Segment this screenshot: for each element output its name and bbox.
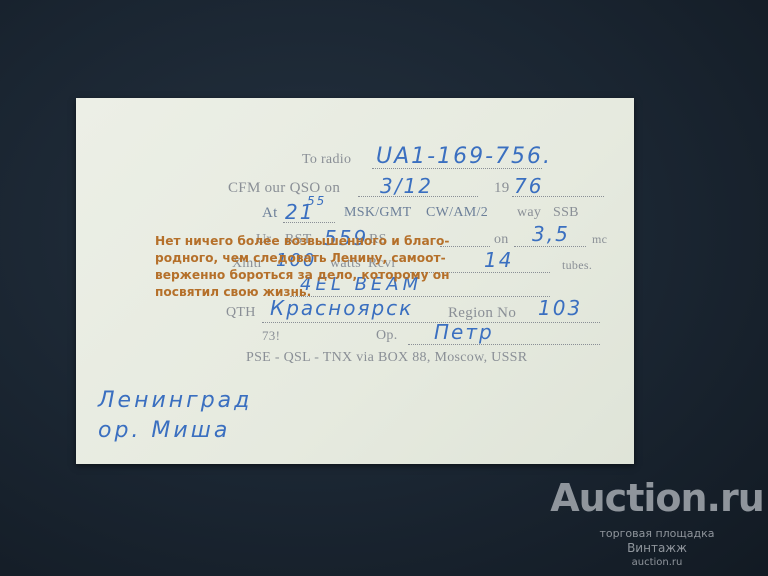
msk-gmt-label: MSK/GMT xyxy=(344,205,411,221)
slogan-line: верженно бороться за дело, которому он xyxy=(155,267,455,284)
mode-label: CW/AM/2 xyxy=(426,205,488,221)
time-minutes: 55 xyxy=(307,194,326,208)
time-line xyxy=(283,222,335,223)
lenin-slogan: Нет ничего более возвышенного и благо- р… xyxy=(155,233,455,301)
op-value: Петр xyxy=(434,320,494,344)
operator-handwritten: ор. Миша xyxy=(98,418,230,443)
watermark-tagline: торговая площадка xyxy=(548,527,766,540)
at-label: At xyxy=(262,205,278,222)
slogan-line: родного, чем следовать Ленину, самоот- xyxy=(155,250,455,267)
band-line xyxy=(514,246,586,247)
slogan-line: Нет ничего более возвышенного и благо- xyxy=(155,233,455,250)
year-suffix: 76 xyxy=(514,174,543,198)
greeting-label: 73! xyxy=(262,328,280,344)
year-prefix: 19 xyxy=(494,180,510,197)
way-label: way xyxy=(517,205,541,221)
op-line xyxy=(408,344,600,345)
city-handwritten: Ленинград xyxy=(98,388,252,413)
ssb-label: SSB xyxy=(553,205,579,221)
year-line xyxy=(512,196,604,197)
watermark-category: Винтажж xyxy=(548,541,766,555)
on-label: on xyxy=(494,232,509,248)
qth-label: QTH xyxy=(226,305,256,321)
mc-label: mc xyxy=(592,232,607,247)
pse-qsl-text: PSE - QSL - TNX via BOX 88, Moscow, USSR xyxy=(246,350,527,366)
qth-line xyxy=(262,322,600,323)
qth-value: Красноярск xyxy=(270,296,413,320)
tubes-value: 14 xyxy=(484,248,513,272)
band-value: 3,5 xyxy=(532,222,570,246)
watermark-url: auction.ru xyxy=(548,557,766,568)
date-value: 3/12 xyxy=(380,174,433,198)
tubes-label: tubes. xyxy=(562,258,592,273)
region-value: 103 xyxy=(538,296,582,320)
op-label: Op. xyxy=(376,328,398,344)
callsign-value: UA1-169-756. xyxy=(376,144,552,169)
watermark-brand: Auction.ru xyxy=(548,476,766,520)
to-radio-label: To radio xyxy=(302,152,351,168)
